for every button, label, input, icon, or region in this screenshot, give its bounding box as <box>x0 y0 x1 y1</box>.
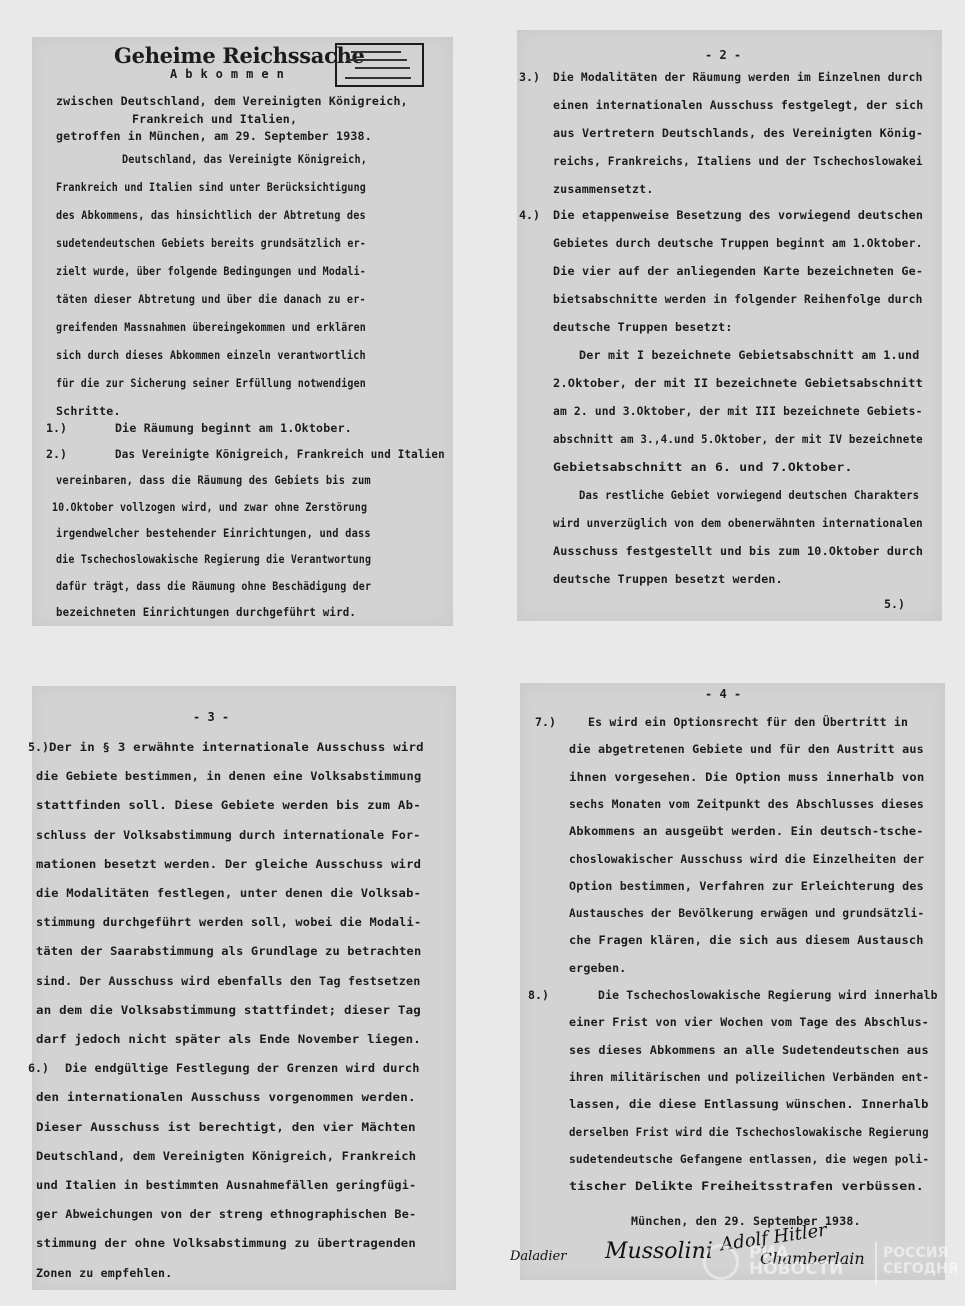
section-line: Die vier auf der anliegenden Karte bezei… <box>553 264 923 278</box>
section-line: Die endgültige Festlegung der Grenzen wi… <box>65 1061 420 1075</box>
page-2: - 2 - 3.)Die Modalitäten der Räumung wer… <box>517 30 942 621</box>
section-number: 5.) <box>28 740 49 754</box>
section-number: 3.) <box>519 70 540 84</box>
section-number: 6.) <box>28 1061 49 1075</box>
section-line: stimmung durchgeführt werden soll, wobei… <box>36 915 421 929</box>
section-line: ses dieses Abkommens an alle Sudetendeut… <box>569 1043 929 1057</box>
section-line: Austausches der Bevölkerung erwägen und … <box>569 906 924 920</box>
section-line: dafür trägt, dass die Räumung ohne Besch… <box>56 579 371 593</box>
section-line: abschnitt am 3.,4.und 5.Oktober, der mit… <box>553 432 923 446</box>
section-line: Das Vereinigte Königreich, Frankreich un… <box>115 447 445 461</box>
section-line: Dieser Ausschuss ist berechtigt, den vie… <box>36 1120 416 1134</box>
section-line: Die Modalitäten der Räumung werden im Ei… <box>553 70 923 84</box>
section-line: tischer Delikte Freiheitsstrafen verbüss… <box>569 1179 924 1193</box>
preamble-line: sudetendeutschen Gebiets bereits grundsä… <box>56 236 366 250</box>
stamp-icon <box>335 43 424 87</box>
section-line: Der mit I bezeichnete Gebietsabschnitt a… <box>579 348 919 362</box>
section-line: schluss der Volksabstimmung durch intern… <box>36 828 421 842</box>
catchword: 5.) <box>884 597 905 611</box>
section-line: aus Vertretern Deutschlands, des Vereini… <box>553 126 923 140</box>
title-line-2: Frankreich und Italien, <box>132 112 297 126</box>
watermark-line-2: НОВОСТИ <box>749 1261 843 1277</box>
section-line: Ausschuss festgestellt und bis zum 10.Ok… <box>553 544 923 558</box>
section-line: Es wird ein Optionsrecht für den Übertri… <box>588 715 908 729</box>
section-line: bezeichneten Einrichtungen durchgeführt … <box>56 605 356 619</box>
page-number: - 2 - <box>705 48 741 62</box>
signature-daladier: Daladier <box>510 1249 566 1264</box>
section-line: einer Frist von vier Wochen vom Tage des… <box>569 1015 929 1029</box>
section-line: Die etappenweise Besetzung des vorwiegen… <box>553 208 923 222</box>
page-4: - 4 - 7.)Es wird ein Optionsrecht für de… <box>520 683 945 1280</box>
section-line: am 2. und 3.Oktober, der mit III bezeich… <box>553 404 923 418</box>
section-number: 4.) <box>519 208 540 222</box>
signature-mussolini: Mussolini <box>605 1239 713 1264</box>
preamble-line: Frankreich und Italien sind unter Berück… <box>56 180 366 194</box>
section-line: zusammensetzt. <box>553 182 654 196</box>
preamble-line: Schritte. <box>56 404 121 418</box>
section-line: ger Abweichungen von der streng ethnogra… <box>36 1207 416 1221</box>
place-date: München, den 29. September 1938. <box>631 1214 861 1228</box>
section-line: Gebietsabschnitt an 6. und 7.Oktober. <box>553 460 853 474</box>
document-subtitle: Abkommen <box>170 67 292 81</box>
section-line: Der in § 3 erwähnte internationale Aussc… <box>49 740 424 754</box>
section-line: irgendwelcher bestehender Einrichtungen,… <box>56 526 371 540</box>
section-line: Die Räumung beginnt am 1.Oktober. <box>115 421 352 435</box>
section-line: einen internationalen Ausschuss festgele… <box>553 98 923 112</box>
section-line: stimmung der ohne Volksabstimmung zu übe… <box>36 1236 416 1250</box>
section-line: täten der Saarabstimmung als Grundlage z… <box>36 944 421 958</box>
section-line: darf jedoch nicht später als Ende Novemb… <box>36 1032 421 1046</box>
section-line: che Fragen klären, die sich aus diesem A… <box>569 933 924 947</box>
section-line: lassen, die diese Entlassung wünschen. I… <box>569 1097 929 1111</box>
page-number: - 3 - <box>193 710 229 724</box>
section-number: 8.) <box>528 988 549 1002</box>
watermark-divider <box>875 1242 877 1284</box>
section-line: deutsche Truppen besetzt werden. <box>553 572 783 586</box>
section-line: und Italien in bestimmten Ausnahmefällen… <box>36 1178 416 1192</box>
section-line: deutsche Truppen besetzt: <box>553 320 733 334</box>
title-line-3: getroffen in München, am 29. September 1… <box>56 129 372 143</box>
section-line: an dem die Volksabstimmung stattfindet; … <box>36 1003 421 1017</box>
section-line: vereinbaren, dass die Räumung des Gebiet… <box>56 473 371 487</box>
section-line: 10.Oktober vollzogen wird, und zwar ohne… <box>52 500 367 514</box>
section-line: den internationalen Ausschuss vorgenomme… <box>36 1090 416 1104</box>
section-line: bietsabschnitte werden in folgender Reih… <box>553 292 923 306</box>
section-line: reichs, Frankreichs, Italiens und der Ts… <box>553 154 923 168</box>
section-line: Das restliche Gebiet vorwiegend deutsche… <box>579 488 919 502</box>
section-line: choslowakischer Ausschuss wird die Einze… <box>569 852 924 866</box>
preamble-line: des Abkommens, das hinsichtlich der Abtr… <box>56 208 366 222</box>
ria-logo-icon <box>703 1244 739 1280</box>
section-line: mationen besetzt werden. Der gleiche Aus… <box>36 857 421 871</box>
section-line: Option bestimmen, Verfahren zur Erleicht… <box>569 879 924 893</box>
title-line-1: zwischen Deutschland, dem Vereinigten Kö… <box>56 94 408 108</box>
section-line: Deutschland, dem Vereinigten Königreich,… <box>36 1149 416 1163</box>
section-line: 2.Oktober, der mit II bezeichnete Gebiet… <box>553 376 923 390</box>
page-1: Geheime Reichssache Abkommen zwischen De… <box>32 37 453 626</box>
section-line: stattfinden soll. Diese Gebiete werden b… <box>36 798 421 812</box>
preamble-line: Deutschland, das Vereinigte Königreich, <box>122 152 367 166</box>
section-line: ihren militärischen und polizeilichen Ve… <box>569 1070 929 1084</box>
section-line: sudetendeutsche Gefangene entlassen, die… <box>569 1152 929 1166</box>
section-number: 2.) <box>46 447 67 461</box>
section-line: die Gebiete bestimmen, in denen eine Vol… <box>36 769 421 783</box>
section-line: Gebietes durch deutsche Truppen beginnt … <box>553 236 923 250</box>
section-line: ihnen vorgesehen. Die Option muss innerh… <box>569 770 924 784</box>
section-line: Die Tschechoslowakische Regierung wird i… <box>598 988 938 1002</box>
section-line: die abgetretenen Gebiete und für den Aus… <box>569 742 924 756</box>
section-line: Abkommens an ausgeübt werden. Ein deutsc… <box>569 824 924 838</box>
section-number: 1.) <box>46 421 67 435</box>
preamble-line: sich durch dieses Abkommen einzeln veran… <box>56 348 366 362</box>
preamble-line: täten dieser Abtretung und über die dana… <box>56 292 366 306</box>
section-line: Zonen zu empfehlen. <box>36 1266 172 1280</box>
watermark-line-4: СЕГОДНЯ <box>883 1261 959 1277</box>
section-line: derselben Frist wird die Tschechoslowaki… <box>569 1125 929 1139</box>
section-line: die Tschechoslowakische Regierung die Ve… <box>56 552 371 566</box>
section-line: ergeben. <box>569 961 626 975</box>
section-line: wird unverzüglich von dem obenerwähnten … <box>553 516 923 530</box>
page-3: - 3 - 5.)Der in § 3 erwähnte internation… <box>32 686 456 1290</box>
preamble-line: zielt wurde, über folgende Bedingungen u… <box>56 264 366 278</box>
watermark-line-3: РОССИЯ <box>883 1245 959 1261</box>
section-line: sechs Monaten vom Zeitpunkt des Abschlus… <box>569 797 924 811</box>
section-line: sind. Der Ausschuss wird ebenfalls den T… <box>36 974 421 988</box>
section-number: 7.) <box>535 715 556 729</box>
page-number: - 4 - <box>705 687 741 701</box>
preamble-line: greifenden Massnahmen übereingekommen un… <box>56 320 366 334</box>
section-line: die Modalitäten festlegen, unter denen d… <box>36 886 421 900</box>
classification-heading: Geheime Reichssache <box>114 43 365 68</box>
preamble-line: für die zur Sicherung seiner Erfüllung n… <box>56 376 366 390</box>
